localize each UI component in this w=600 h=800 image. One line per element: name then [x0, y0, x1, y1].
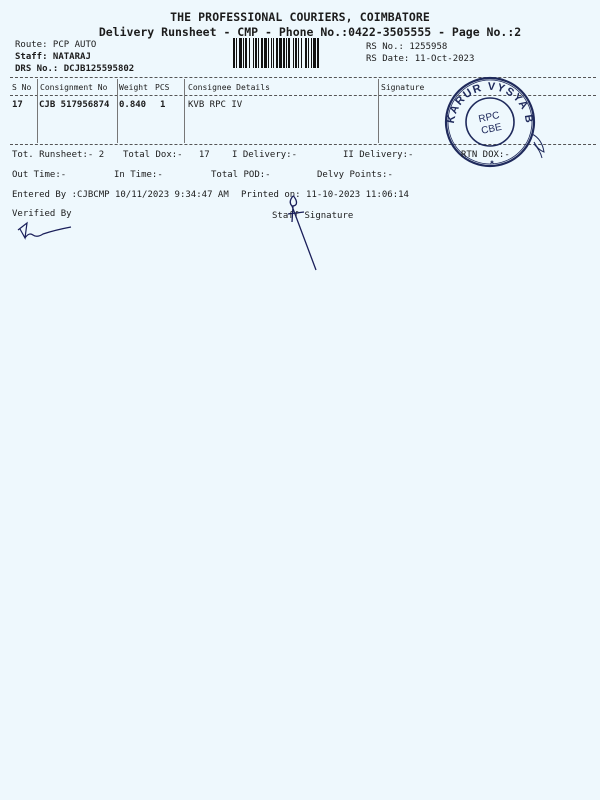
cell-pcs: 1: [160, 100, 165, 110]
verifier-signature-icon: [15, 220, 75, 245]
cell-s-no: 17: [12, 100, 23, 110]
total-pod: Total POD:-: [211, 170, 271, 180]
header-signature: Signature: [381, 83, 424, 92]
runsheet-subtitle: Delivery Runsheet - CMP - Phone No.:0422…: [0, 25, 600, 39]
out-time: Out Time:-: [12, 170, 66, 180]
staff-label: Staff: NATARAJ: [15, 52, 91, 62]
header-pcs: PCS: [155, 83, 169, 92]
verified-by-label: Verified By: [12, 209, 72, 219]
total-dox: Total Dox:- 17: [123, 150, 210, 160]
header-s-no: S No: [12, 83, 31, 92]
header-consignee-details: Consignee Details: [188, 83, 270, 92]
header-consignment-no: Consignment No: [40, 83, 107, 92]
column-divider: [378, 79, 379, 143]
i-delivery: I Delivery:-: [232, 150, 297, 160]
rs-date: RS Date: 11-Oct-2023: [366, 54, 474, 64]
cell-weight: 0.840: [119, 100, 146, 110]
delvy-points: Delvy Points:-: [317, 170, 393, 180]
cell-consignment-no: CJB 517956874: [39, 100, 109, 110]
drs-number: DRS No.: DCJB125595802: [15, 64, 134, 74]
header-weight: Weight: [119, 83, 148, 92]
tot-runsheet: Tot. Runsheet:- 2: [12, 150, 104, 160]
route-label: Route: PCP AUTO: [15, 40, 96, 50]
rs-number: RS No.: 1255958: [366, 42, 447, 52]
staff-signature-icon: [280, 192, 330, 274]
company-title: THE PROFESSIONAL COURIERS, COIMBATORE: [0, 10, 600, 24]
column-divider: [37, 79, 38, 143]
cell-consignee: KVB RPC IV: [188, 100, 242, 110]
in-time: In Time:-: [114, 170, 163, 180]
barcode: [233, 38, 355, 68]
rtn-dox: RTN DOX:-: [461, 150, 510, 160]
ii-delivery: II Delivery:-: [343, 150, 413, 160]
column-divider: [117, 79, 118, 143]
column-divider: [184, 79, 185, 143]
entered-by: Entered By :CJBCMP 10/11/2023 9:34:47 AM: [12, 190, 229, 200]
